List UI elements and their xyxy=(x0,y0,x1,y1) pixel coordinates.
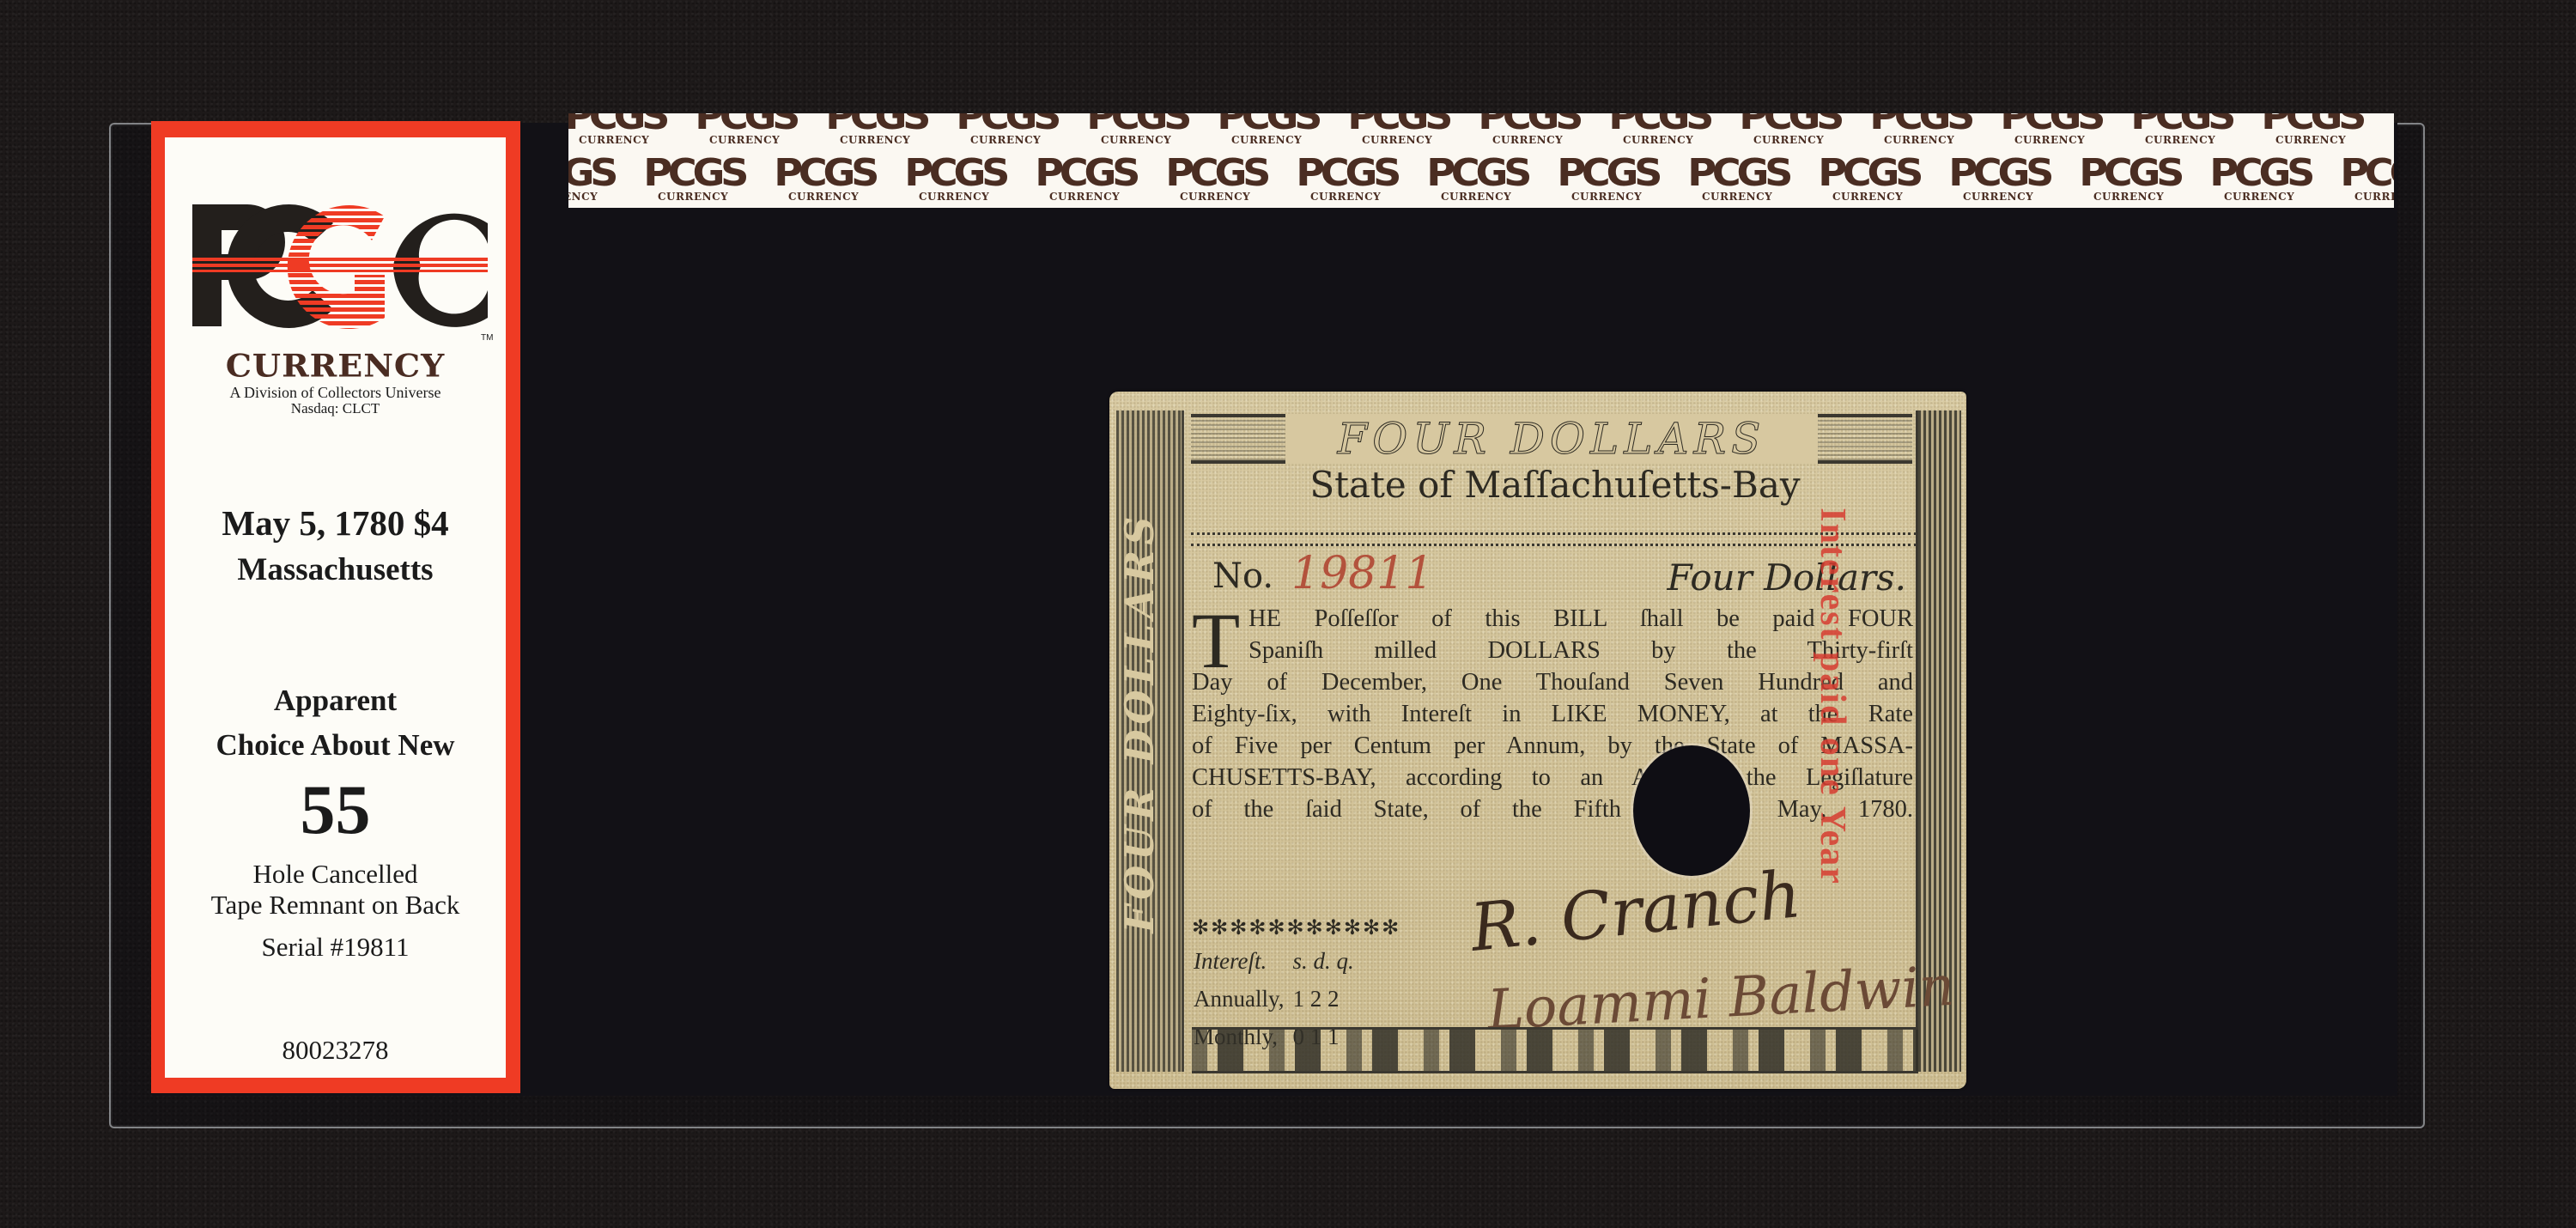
tape-logo-unit: PCGSCURRENCY xyxy=(1944,155,2075,203)
cert-number: 80023278 xyxy=(165,1035,506,1066)
denomination-text: Four Dollars. xyxy=(1668,556,1906,599)
comment-line-1: Hole Cancelled xyxy=(165,859,506,890)
tape-pcgs-logo-icon: PCGS xyxy=(1217,113,1318,136)
pcgs-logo-icon xyxy=(187,198,492,335)
tape-pcgs-logo-icon: PCGS xyxy=(825,113,927,136)
tape-logo-unit: PCGSCURRENCY xyxy=(769,155,900,203)
tape-logo-unit: PCGSCURRENCY xyxy=(2205,155,2336,203)
tape-currency-caption: CURRENCY xyxy=(2354,191,2394,203)
tape-pcgs-logo-icon: PCGS xyxy=(956,113,1057,136)
comment-line-2: Tape Remnant on Back xyxy=(165,890,506,921)
state-title: Massachusetts xyxy=(165,551,506,588)
interest-row-label: Annually, xyxy=(1194,981,1291,1017)
tape-logo-unit: PCGSCURRENCY xyxy=(1343,113,1473,146)
interest-header-label: Intereſt. xyxy=(1194,943,1291,979)
tape-pcgs-logo-icon: PCGS xyxy=(1557,155,1658,192)
tape-logo-unit: PCGSCURRENCY xyxy=(1473,113,1604,146)
grading-label: TM CURRENCY A Division of Collectors Uni… xyxy=(151,121,520,1093)
tape-logo-unit: PCGSCURRENCY xyxy=(1422,155,1552,203)
star-ornament-row: ✻✻✻✻✻✻✻✻✻✻✻ xyxy=(1192,915,1449,938)
bottom-ornament-band xyxy=(1192,1027,1918,1073)
tape-pcgs-logo-icon: PCGS xyxy=(2079,155,2180,192)
pcgs-tape-strip: PCGSCURRENCYPCGSCURRENCYPCGSCURRENCYPCGS… xyxy=(568,113,2394,208)
tape-currency-caption: CURRENCY xyxy=(1702,191,1772,203)
tape-logo-unit: PCGSCURRENCY xyxy=(1604,113,1735,146)
tape-currency-caption: CURRENCY xyxy=(568,191,598,203)
tape-logo-unit: PCGSCURRENCY xyxy=(1683,155,1814,203)
tape-pcgs-logo-icon: PCGS xyxy=(1165,155,1267,192)
tape-logo-unit: PCGSCURRENCY xyxy=(1030,155,1161,203)
tape-logo-unit: PCGSCURRENCY xyxy=(900,155,1030,203)
tape-logo-unit: PCGSCURRENCY xyxy=(1212,113,1343,146)
tape-currency-caption: CURRENCY xyxy=(2014,134,2085,146)
tape-logo-unit: PCGSCURRENCY xyxy=(1996,113,2126,146)
tape-logo-unit: PCGSCURRENCY xyxy=(690,113,821,146)
tape-currency-caption: CURRENCY xyxy=(1753,134,1824,146)
tape-pcgs-logo-icon: PCGS xyxy=(1478,113,1579,136)
tape-currency-caption: CURRENCY xyxy=(840,134,910,146)
tape-pcgs-logo-icon: PCGS xyxy=(1347,113,1449,136)
signature-cranch: R. Cranch xyxy=(1467,855,1804,966)
tape-currency-caption: CURRENCY xyxy=(2093,191,2164,203)
note-title: FOUR DOLLARS xyxy=(1285,414,1818,464)
issue-title: May 5, 1780 $4 xyxy=(165,502,506,544)
tape-pcgs-logo-icon: PCGS xyxy=(643,155,744,192)
red-interest-stamp: Interest paid one Year xyxy=(1807,469,1858,924)
tape-currency-caption: CURRENCY xyxy=(970,134,1041,146)
tape-logo-unit: PCGSCURRENCY xyxy=(2075,155,2205,203)
tape-logo-unit: PCGSCURRENCY xyxy=(1735,113,1865,146)
division-text: A Division of Collectors Universe xyxy=(165,384,506,401)
body-line: Spaniſh milled DOLLARS by the Thirty-fir… xyxy=(1192,635,1913,666)
tape-logo-unit: PCGSCURRENCY xyxy=(639,155,769,203)
tape-currency-caption: CURRENCY xyxy=(1884,134,1954,146)
tape-currency-caption: CURRENCY xyxy=(1963,191,2033,203)
table-row: Intereſt. s. d. q. xyxy=(1194,943,1361,979)
title-band: FOUR DOLLARS xyxy=(1191,414,1912,464)
tape-pcgs-logo-icon: PCGS xyxy=(1426,155,1528,192)
body-line: of Five per Centum per Annum, by the Sta… xyxy=(1192,730,1913,762)
tape-currency-caption: CURRENCY xyxy=(2145,134,2215,146)
tape-pcgs-logo-icon: PCGS xyxy=(904,155,1005,192)
tape-logo-unit: PCGSCURRENCY xyxy=(2336,155,2394,203)
left-border-text: FOUR DOLLARS xyxy=(1116,396,1161,1049)
tape-pcgs-logo-icon: PCGS xyxy=(2261,113,2362,136)
tape-logo-unit: PCGSCURRENCY xyxy=(2126,113,2257,146)
tape-pcgs-logo-icon: PCGS xyxy=(695,113,796,136)
tape-currency-caption: CURRENCY xyxy=(2224,191,2294,203)
grade-number: 55 xyxy=(165,771,506,848)
tape-currency-caption: CURRENCY xyxy=(658,191,728,203)
tape-currency-caption: CURRENCY xyxy=(1571,191,1642,203)
tape-row-bottom: PCGSCURRENCYPCGSCURRENCYPCGSCURRENCYPCGS… xyxy=(568,155,2394,207)
grade-description: Choice About New xyxy=(165,728,506,763)
tape-pcgs-logo-icon: PCGS xyxy=(1687,155,1789,192)
tape-logo-unit: PCGSCURRENCY xyxy=(2257,113,2387,146)
cancellation-hole xyxy=(1633,745,1750,876)
tape-pcgs-logo-icon: PCGS xyxy=(1035,155,1136,192)
tape-currency-caption: CURRENCY xyxy=(1832,191,1903,203)
tape-pcgs-logo-icon: PCGS xyxy=(2391,113,2394,136)
tape-currency-caption: CURRENCY xyxy=(1049,191,1120,203)
body-line: CHUSETTS-BAY, according to an Act of the… xyxy=(1192,762,1913,793)
tape-logo-unit: PCGSCURRENCY xyxy=(568,155,639,203)
note-body: HE Poſſeſſor of this BILL ſhall be paid … xyxy=(1192,603,1913,825)
serial-number: 19811 xyxy=(1291,548,1433,599)
tape-pcgs-logo-icon: PCGS xyxy=(1296,155,1397,192)
tape-logo-unit: PCGSCURRENCY xyxy=(1814,155,1944,203)
tape-currency-caption: CURRENCY xyxy=(1101,134,1171,146)
body-line: Day of December, One Thouſand Seven Hund… xyxy=(1192,666,1913,698)
tape-currency-caption: CURRENCY xyxy=(919,191,989,203)
tape-pcgs-logo-icon: PCGS xyxy=(2130,113,2232,136)
tape-pcgs-logo-icon: PCGS xyxy=(2000,113,2101,136)
tape-pcgs-logo-icon: PCGS xyxy=(1739,113,1840,136)
table-row: Annually, 1 2 2 xyxy=(1194,981,1361,1017)
ticker-text: Nasdaq: CLCT xyxy=(165,400,506,417)
comment-line-3: Serial #19811 xyxy=(165,932,506,963)
interest-header-units: s. d. q. xyxy=(1292,943,1360,979)
tape-logo-unit: PCGSCURRENCY xyxy=(1291,155,1422,203)
tape-pcgs-logo-icon: PCGS xyxy=(2209,155,2311,192)
tape-logo-unit: PCGSCURRENCY xyxy=(1082,113,1212,146)
label-card: TM CURRENCY A Division of Collectors Uni… xyxy=(165,137,506,1078)
tape-currency-caption: CURRENCY xyxy=(1362,134,1432,146)
tape-pcgs-logo-icon: PCGS xyxy=(568,155,614,192)
tape-currency-caption: CURRENCY xyxy=(1310,191,1381,203)
tape-currency-caption: CURRENCY xyxy=(1492,134,1563,146)
number-label: No. xyxy=(1212,556,1273,596)
tape-currency-caption: CURRENCY xyxy=(788,191,859,203)
tape-currency-caption: CURRENCY xyxy=(579,134,649,146)
tape-pcgs-logo-icon: PCGS xyxy=(1086,113,1188,136)
red-stamp-text: Interest paid one Year xyxy=(1812,469,1853,924)
tape-pcgs-logo-icon: PCGS xyxy=(1869,113,1971,136)
tape-pcgs-logo-icon: PCGS xyxy=(1608,113,1710,136)
tape-logo-unit: PCGSCURRENCY xyxy=(1552,155,1683,203)
tape-currency-caption: CURRENCY xyxy=(1180,191,1250,203)
tape-logo-unit: PCGSCURRENCY xyxy=(951,113,1082,146)
tape-pcgs-logo-icon: PCGS xyxy=(568,113,665,136)
tape-pcgs-logo-icon: PCGS xyxy=(2340,155,2394,192)
tape-logo-unit: PCGSCURRENCY xyxy=(568,113,690,146)
tape-logo-unit: PCGSCURRENCY xyxy=(1161,155,1291,203)
banknote: FOUR DOLLARS FOUR DOLLARS State of Maſſa… xyxy=(1109,392,1966,1089)
interest-row-value: 1 2 2 xyxy=(1292,981,1360,1017)
trademark-mark: TM xyxy=(481,333,493,343)
tape-logo-unit: PCGSCURRENCY xyxy=(1865,113,1996,146)
body-line: Eighty-ſix, with Intereſt in LIKE MONEY,… xyxy=(1192,698,1913,730)
tape-currency-caption: CURRENCY xyxy=(1231,134,1302,146)
body-line: of the ſaid State, of the Fifth Day of M… xyxy=(1192,793,1913,825)
logo-currency-text: CURRENCY xyxy=(165,347,506,384)
tape-pcgs-logo-icon: PCGS xyxy=(1948,155,2050,192)
tape-currency-caption: CURRENCY xyxy=(1441,191,1511,203)
tape-currency-caption: CURRENCY xyxy=(1623,134,1693,146)
grade-qualifier: Apparent xyxy=(165,684,506,718)
body-line: HE Poſſeſſor of this BILL ſhall be paid … xyxy=(1192,603,1913,635)
tape-currency-caption: CURRENCY xyxy=(2275,134,2346,146)
tape-logo-unit: PCGSCURRENCY xyxy=(2387,113,2394,146)
tape-pcgs-logo-icon: PCGS xyxy=(1818,155,1919,192)
tape-logo-unit: PCGSCURRENCY xyxy=(821,113,951,146)
tape-row-top: PCGSCURRENCYPCGSCURRENCYPCGSCURRENCYPCGS… xyxy=(568,113,2394,150)
tape-pcgs-logo-icon: PCGS xyxy=(774,155,875,192)
tape-currency-caption: CURRENCY xyxy=(709,134,780,146)
